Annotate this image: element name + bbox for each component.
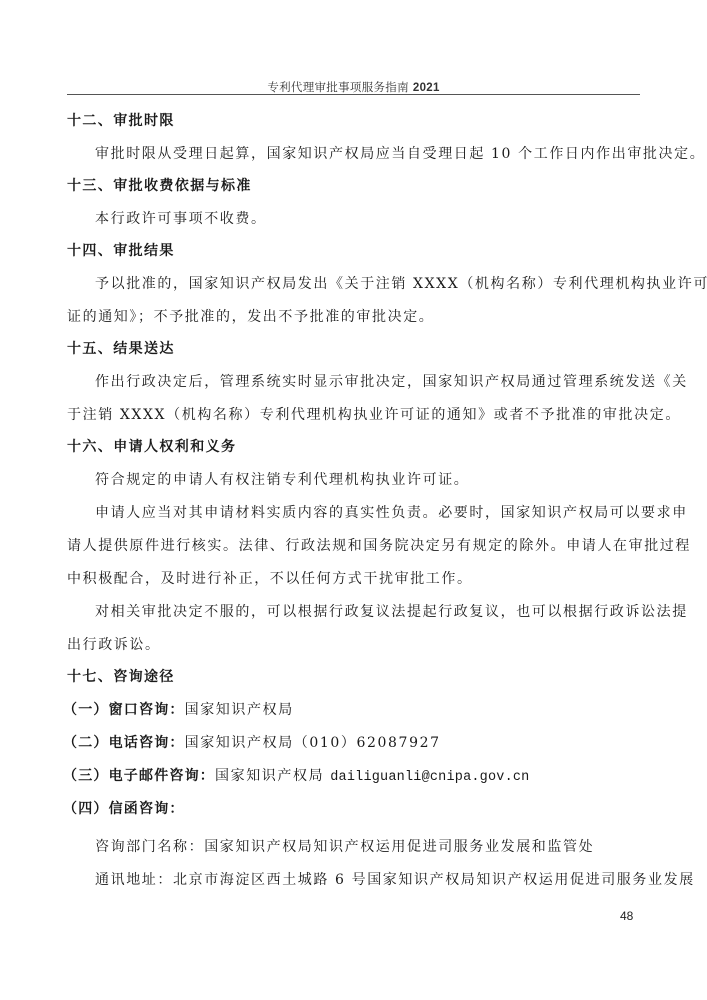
consult-phone-label: （二）电话咨询：: [63, 735, 185, 751]
section-16-paragraph-2-line-1: 申请人应当对其申请材料实质内容的真实性负责。必要时，国家知识产权局可以要求申: [95, 504, 675, 522]
consult-email-address[interactable]: dailiguanli@cnipa.gov.cn: [330, 770, 529, 785]
section-16-paragraph-1: 符合规定的申请人有权注销专利代理机构执业许可证。: [95, 471, 675, 489]
section-12-heading: 十二、审批时限: [67, 112, 647, 130]
section-16-heading: 十六、申请人权利和义务: [67, 438, 647, 456]
consult-window-value: 国家知识产权局: [185, 702, 294, 718]
section-16-paragraph-2-line-2: 请人提供原件进行核实。法律、行政法规和国务院决定另有规定的除外。申请人在审批过程: [67, 537, 647, 555]
section-16-paragraph-3-line-1: 对相关审批决定不服的，可以根据行政复议法提起行政复议，也可以根据行政诉讼法提: [95, 603, 675, 621]
section-14-paragraph-line-2: 证的通知》；不予批准的，发出不予批准的审批决定。: [67, 308, 647, 326]
consult-window: （一）窗口咨询：国家知识产权局: [63, 701, 643, 719]
section-15-heading: 十五、结果送达: [67, 340, 647, 358]
section-13-paragraph: 本行政许可事项不收费。: [95, 210, 675, 228]
section-17-heading: 十七、咨询途径: [67, 668, 647, 686]
section-14-heading: 十四、审批结果: [67, 242, 647, 260]
section-13-heading: 十三、审批收费依据与标准: [67, 177, 647, 195]
running-header: 专利代理审批事项服务指南 2021: [67, 79, 640, 95]
section-15-paragraph-line-1: 作出行政决定后，管理系统实时显示审批决定，国家知识产权局通过管理系统发送《关: [95, 373, 675, 391]
document-page: 专利代理审批事项服务指南 2021 十二、审批时限 审批时限从受理日起算，国家知…: [0, 0, 707, 1000]
running-header-title: 专利代理审批事项服务指南: [267, 80, 409, 94]
consult-phone-value: 国家知识产权局（010）62087927: [185, 735, 441, 751]
consult-email-org: 国家知识产权局: [215, 768, 330, 784]
consult-email: （三）电子邮件咨询：国家知识产权局 dailiguanli@cnipa.gov.…: [63, 767, 643, 787]
section-14-paragraph-line-1: 予以批准的，国家知识产权局发出《关于注销 XXXX（机构名称）专利代理机构执业许…: [95, 275, 675, 293]
header-rule: [67, 94, 640, 95]
section-16-paragraph-3-line-2: 出行政诉讼。: [67, 636, 647, 654]
running-header-year: 2021: [413, 82, 440, 94]
section-12-paragraph: 审批时限从受理日起算，国家知识产权局应当自受理日起 10 个工作日内作出审批决定…: [95, 145, 675, 163]
consult-letter: （四）信函咨询：: [63, 800, 643, 818]
consult-phone: （二）电话咨询：国家知识产权局（010）62087927: [63, 734, 643, 752]
consult-address: 通讯地址：北京市海淀区西土城路 6 号国家知识产权局知识产权运用促进司服务业发展: [95, 871, 675, 889]
consult-letter-label: （四）信函咨询：: [63, 801, 185, 817]
section-15-paragraph-line-2: 于注销 XXXX（机构名称）专利代理机构执业许可证的通知》或者不予批准的审批决定…: [67, 406, 647, 424]
consult-email-label: （三）电子邮件咨询：: [63, 768, 215, 784]
consult-window-label: （一）窗口咨询：: [63, 702, 185, 718]
consult-department: 咨询部门名称：国家知识产权局知识产权运用促进司服务业发展和监管处: [95, 838, 675, 856]
section-16-paragraph-2-line-3: 中积极配合，及时进行补正，不以任何方式干扰审批工作。: [67, 570, 647, 588]
page-number: 48: [620, 909, 633, 923]
